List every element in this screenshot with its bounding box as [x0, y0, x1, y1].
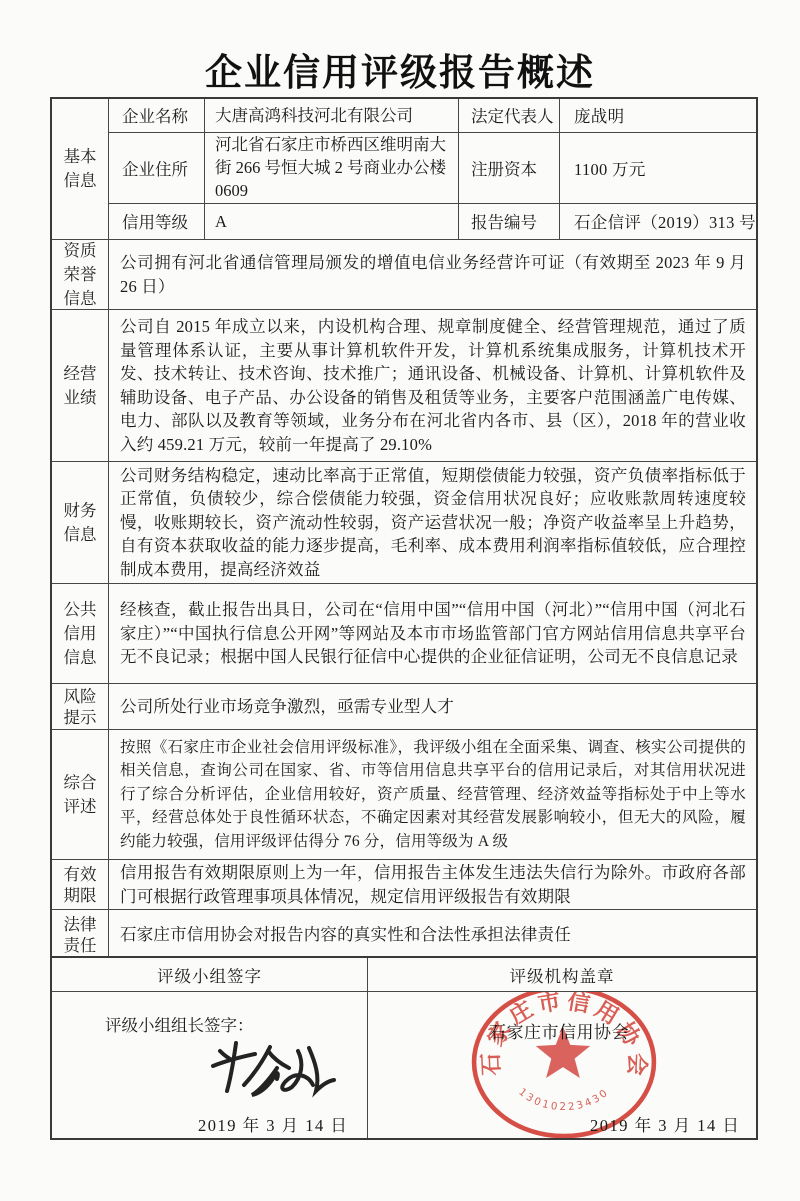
- field-value-legal-rep: 庞战明: [560, 99, 756, 132]
- table-row: 评级小组组长签字： 2019 年 3 月 14 日 石家庄市信用协会: [52, 992, 756, 1140]
- field-label-credit-grade: 信用等级: [109, 204, 205, 239]
- table-row: 信用等级 A 报告编号 石企信评（2019）313 号: [109, 204, 756, 239]
- field-label-registered-capital: 注册资本: [459, 133, 560, 203]
- table-row: 企业名称 大唐高鸿科技河北有限公司 法定代表人 庞战明: [109, 99, 756, 133]
- section-public-credit: 公共信用信息 经核查，截止报告出具日，公司在“信用中国”“信用中国（河北）”“信…: [52, 584, 756, 684]
- section-text: 按照《石家庄市企业社会信用评级标准》，我评级小组在全面采集、调查、核实公司提供的…: [109, 730, 756, 859]
- page-title: 企业信用评级报告概述: [0, 42, 800, 96]
- section-label: 财务信息: [52, 462, 109, 583]
- section-label: 有效期限: [52, 860, 109, 909]
- table-row: 企业住所 河北省石家庄市桥西区维明南大街 266 号恒大城 2 号商业办公楼 0…: [109, 133, 756, 204]
- handwritten-signature: [210, 1038, 338, 1100]
- field-value-registered-capital: 1100 万元: [560, 133, 756, 203]
- section-label: 经营业绩: [52, 310, 109, 461]
- signature-table: 评级小组签字 评级机构盖章 评级小组组长签字： 2019 年 3 月 14 日: [50, 956, 758, 1140]
- field-label-report-number: 报告编号: [459, 204, 560, 239]
- section-label: 法律责任: [52, 910, 109, 958]
- field-label-legal-rep: 法定代表人: [459, 99, 560, 132]
- agency-seal-date: 2019 年 3 月 14 日: [590, 1112, 740, 1136]
- seal-number-container: 13010223430: [516, 1087, 611, 1113]
- section-text: 信用报告有效期限原则上为一年，信用报告主体发生违法失信行为除外。市政府各部门可根…: [109, 860, 756, 909]
- section-text: 公司拥有河北省通信管理局颁发的增值电信业务经营许可证（有效期至 2023 年 9…: [109, 240, 756, 309]
- section-text: 石家庄市信用协会对报告内容的真实性和合法性承担法律责任: [109, 910, 756, 958]
- section-text: 公司所处行业市场竞争激烈，亟需专业型人才: [109, 684, 756, 729]
- table-row: 评级小组签字 评级机构盖章: [52, 958, 756, 992]
- section-validity-period: 有效期限 信用报告有效期限原则上为一年，信用报告主体发生违法失信行为除外。市政府…: [52, 860, 756, 910]
- section-label: 综合评述: [52, 730, 109, 859]
- section-financial-info: 财务信息 公司财务结构稳定，速动比率高于正常值，短期偿债能力较强，资产负债率指标…: [52, 462, 756, 584]
- section-risk-warning: 风险提示 公司所处行业市场竞争激烈，亟需专业型人才: [52, 684, 756, 730]
- section-basic-info: 基本信息 企业名称 大唐高鸿科技河北有限公司 法定代表人 庞战明 企业住所 河北…: [52, 99, 756, 240]
- section-text: 经核查，截止报告出具日，公司在“信用中国”“信用中国（河北）”“信用中国（河北石…: [109, 584, 756, 683]
- section-text: 公司财务结构稳定，速动比率高于正常值，短期偿债能力较强，资产负债率指标低于正常值…: [109, 462, 756, 583]
- section-text: 公司自 2015 年成立以来，内设机构合理、规章制度健全、经营管理规范，通过了质…: [109, 310, 756, 461]
- field-value-company-name: 大唐高鸿科技河北有限公司: [205, 99, 459, 132]
- field-value-address: 河北省石家庄市桥西区维明南大街 266 号恒大城 2 号商业办公楼 0609: [205, 133, 459, 203]
- team-leader-signature-cell: 评级小组组长签字： 2019 年 3 月 14 日: [52, 992, 368, 1140]
- seal-number: 13010223430: [516, 1087, 611, 1113]
- section-overall-review: 综合评述 按照《石家庄市企业社会信用评级标准》，我评级小组在全面采集、调查、核实…: [52, 730, 756, 860]
- agency-seal-cell: 石家庄市信用协会 石家庄市信用协会 13010223430 2019 年 3 月…: [368, 992, 756, 1140]
- rating-team-signature-header: 评级小组签字: [52, 958, 368, 991]
- team-signature-date: 2019 年 3 月 14 日: [198, 1112, 348, 1136]
- field-label-address: 企业住所: [109, 133, 205, 203]
- field-label-company-name: 企业名称: [109, 99, 205, 132]
- seal-star-icon: [536, 1026, 590, 1078]
- section-label: 资质荣誉信息: [52, 240, 109, 309]
- rating-agency-seal-header: 评级机构盖章: [368, 958, 756, 991]
- section-label: 风险提示: [52, 684, 109, 729]
- report-table: 基本信息 企业名称 大唐高鸿科技河北有限公司 法定代表人 庞战明 企业住所 河北…: [50, 97, 758, 958]
- section-business-performance: 经营业绩 公司自 2015 年成立以来，内设机构合理、规章制度健全、经营管理规范…: [52, 310, 756, 462]
- team-leader-signature-label: 评级小组组长签字：: [105, 1012, 254, 1036]
- section-label: 公共信用信息: [52, 584, 109, 683]
- field-value-credit-grade: A: [205, 204, 459, 239]
- section-label-basic: 基本信息: [52, 99, 109, 239]
- section-qualification: 资质荣誉信息 公司拥有河北省通信管理局颁发的增值电信业务经营许可证（有效期至 2…: [52, 240, 756, 310]
- field-value-report-number: 石企信评（2019）313 号: [560, 204, 756, 239]
- section-legal-liability: 法律责任 石家庄市信用协会对报告内容的真实性和合法性承担法律责任: [52, 910, 756, 958]
